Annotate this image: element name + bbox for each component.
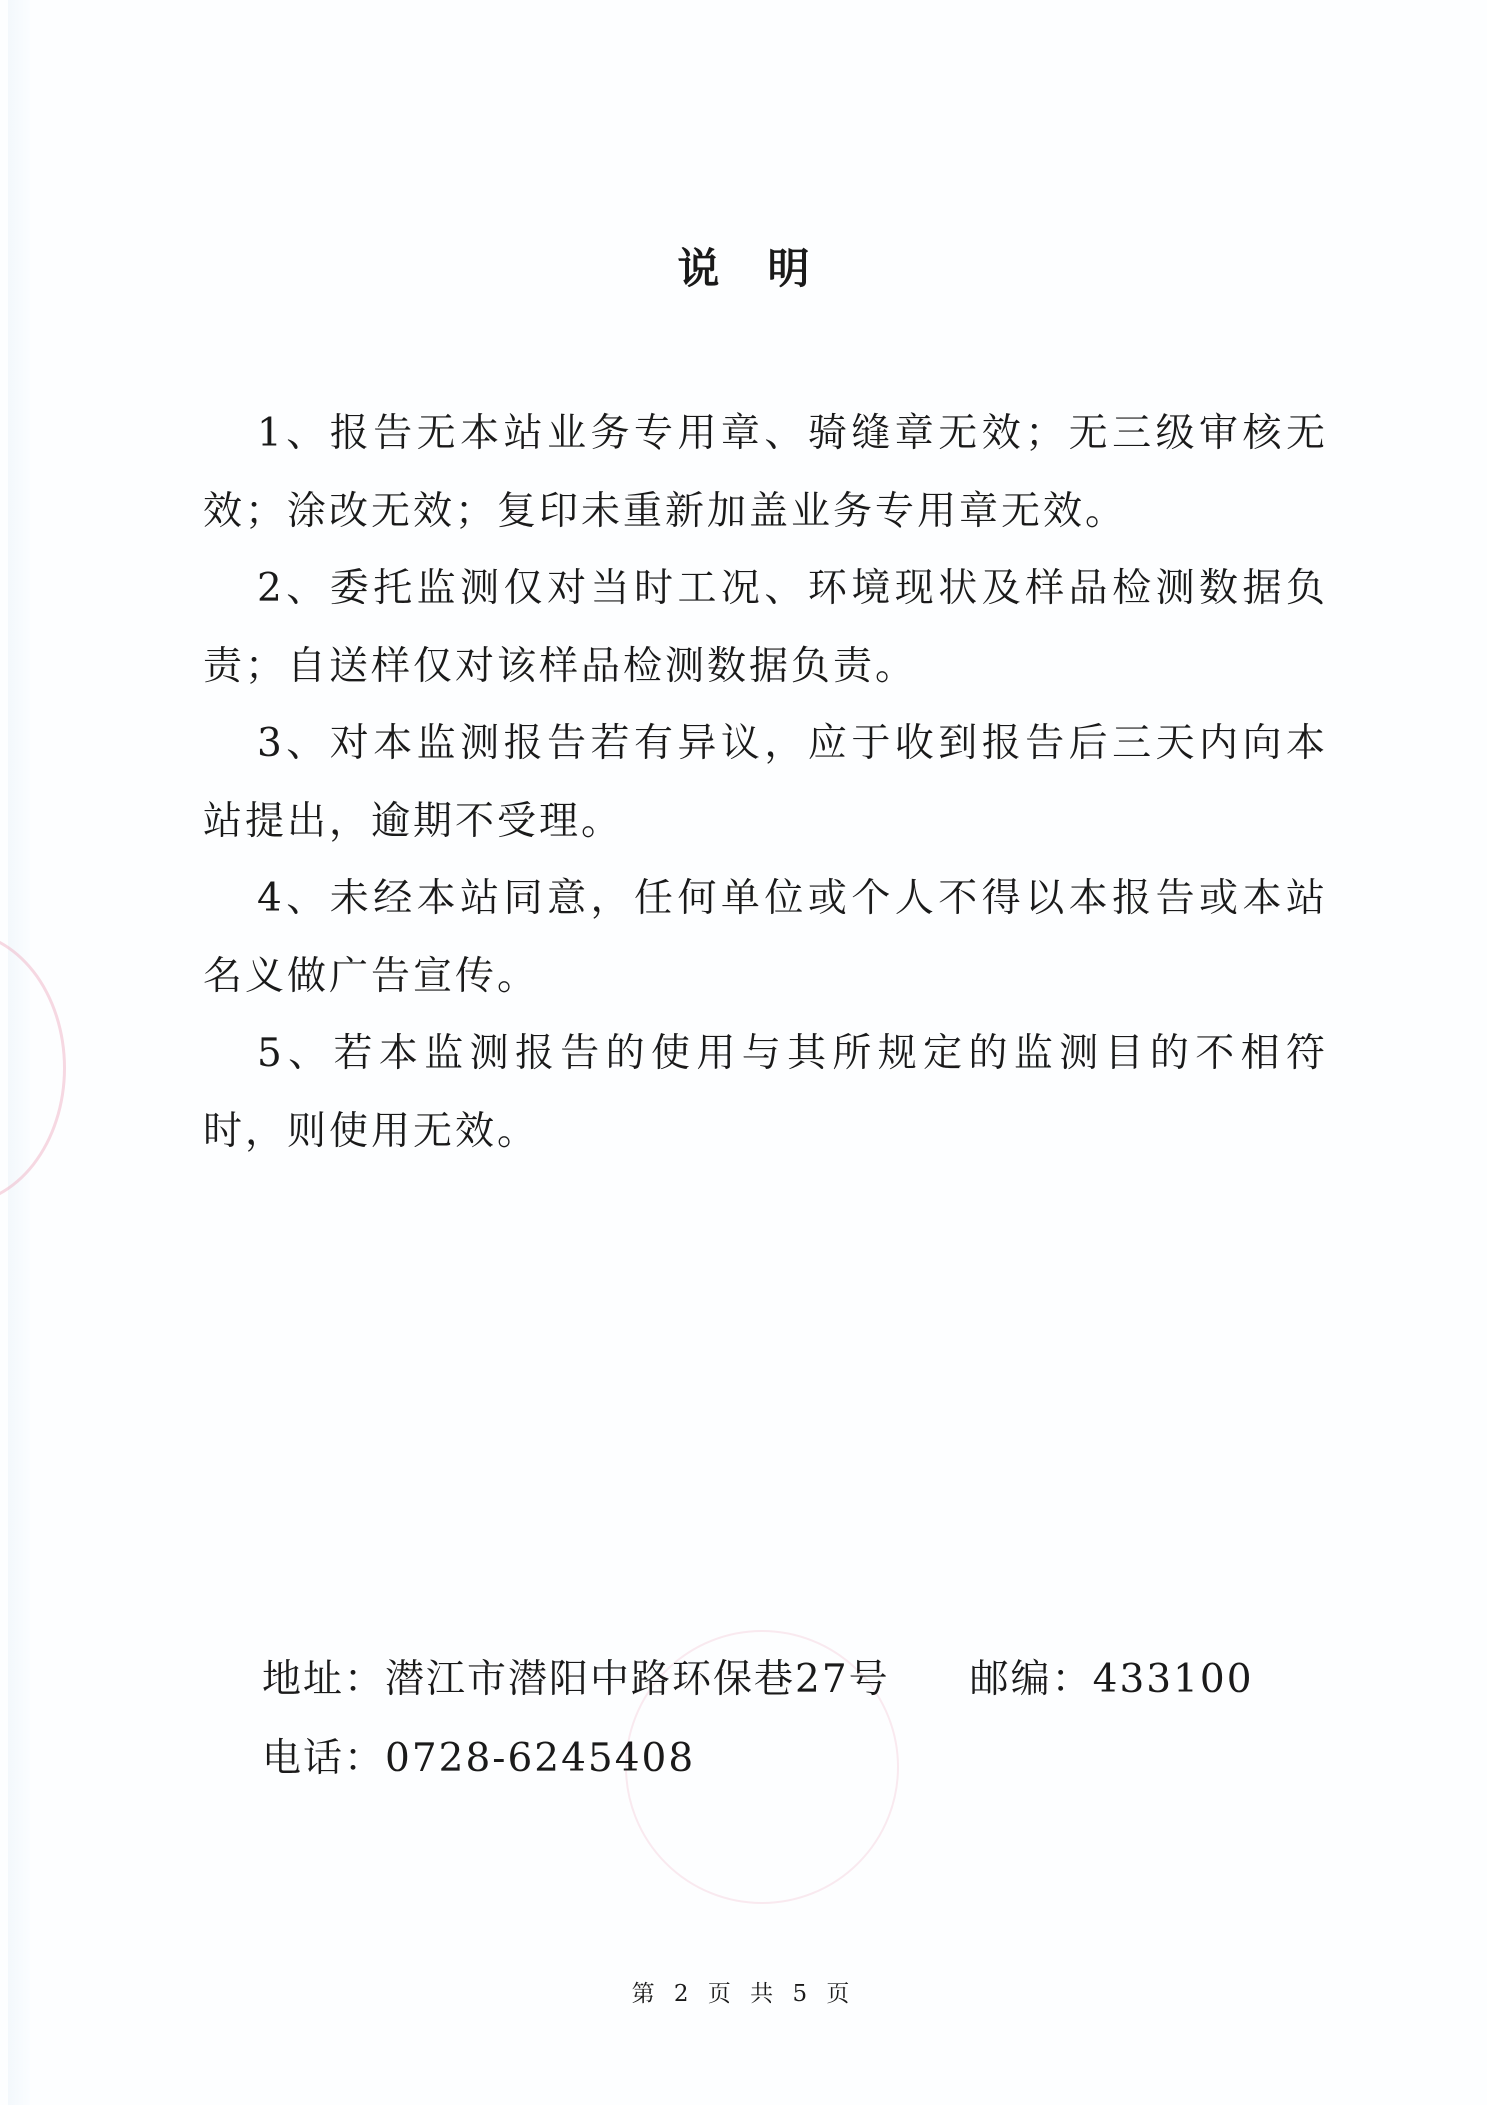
- clause-1: 1、报告无本站业务专用章、骑缝章无效；无三级审核无效；涂改无效；复印未重新加盖业…: [203, 395, 1328, 550]
- page-title: 说明: [0, 236, 1487, 296]
- postcode-label: 邮编：: [970, 1657, 1093, 1702]
- clause-3: 3、对本监测报告若有异议，应于收到报告后三天内向本站提出，逾期不受理。: [203, 705, 1328, 860]
- clause-4: 4、未经本站同意，任何单位或个人不得以本报告或本站名义做广告宣传。: [203, 860, 1328, 1015]
- address-row: 地址：潜江市潜阳中路环保巷27号邮编：433100: [262, 1640, 1254, 1719]
- phone-label: 电话：: [262, 1736, 385, 1781]
- clause-5: 5、若本监测报告的使用与其所规定的监测目的不相符时，则使用无效。: [203, 1015, 1328, 1170]
- clause-2: 2、委托监测仅对当时工况、环境现状及样品检测数据负责；自送样仅对该样品检测数据负…: [203, 550, 1328, 705]
- contact-block: 地址：潜江市潜阳中路环保巷27号邮编：433100 电话：0728-624540…: [262, 1640, 1254, 1798]
- address-label: 地址：: [262, 1657, 385, 1702]
- clauses-list: 1、报告无本站业务专用章、骑缝章无效；无三级审核无效；涂改无效；复印未重新加盖业…: [203, 395, 1328, 1170]
- seal-stamp-left-partial: [0, 930, 66, 1206]
- phone-row: 电话：0728-6245408: [262, 1719, 1254, 1798]
- address-value: 潜江市潜阳中路环保巷27号: [385, 1657, 890, 1702]
- page-number-footer: 第 2 页 共 5 页: [0, 1975, 1487, 2008]
- phone-value: 0728-6245408: [385, 1736, 695, 1781]
- postcode-value: 433100: [1093, 1657, 1254, 1702]
